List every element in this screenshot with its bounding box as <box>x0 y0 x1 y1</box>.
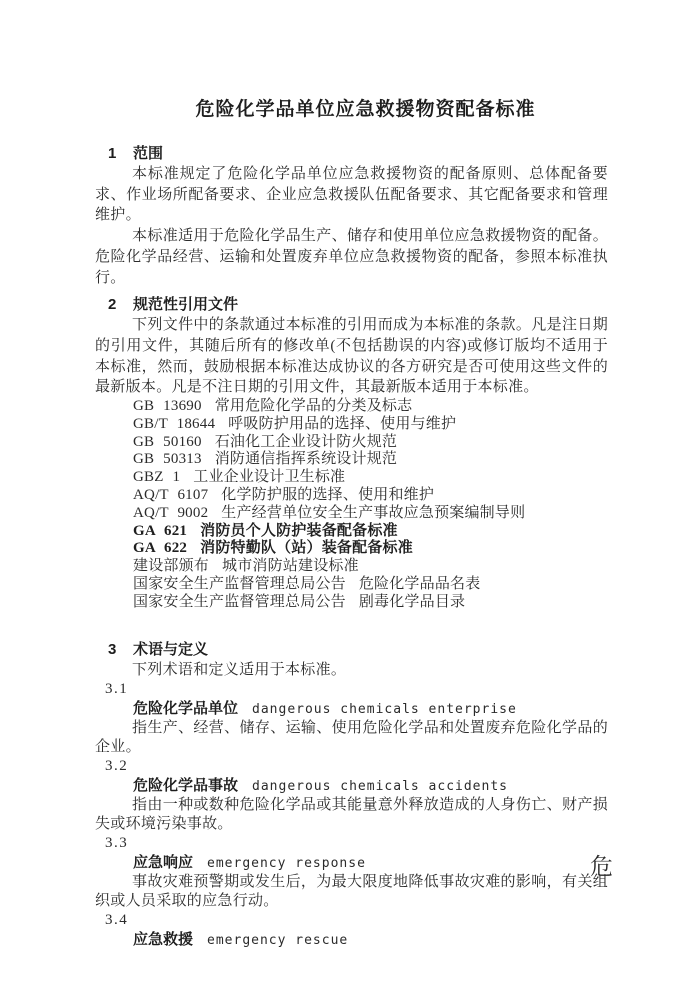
term-name-en: dangerous chemicals enterprise <box>252 702 517 717</box>
section-3-title: 术语与定义 <box>133 641 208 658</box>
stray-overflow-character: 危 <box>590 851 613 881</box>
reference-title: 危险化学品品名表 <box>359 576 481 592</box>
section-2-title: 规范性引用文件 <box>133 296 238 313</box>
section-1-title: 范围 <box>133 145 163 162</box>
section-3-number: 3 <box>108 639 118 660</box>
reference-item: 国家安全生产监督管理总局公告剧毒化学品目录 <box>133 594 608 612</box>
reference-item: GA 622消防特勤队（站）装备配备标准 <box>133 540 608 558</box>
section-1-paragraph-1: 本标准规定了危险化学品单位应急救援物资的配备原则、总体配备要求、作业场所配备要求… <box>95 164 608 226</box>
reference-title: 工业企业设计卫生标准 <box>193 469 345 485</box>
term-number: 3.3 <box>95 834 608 853</box>
reference-title: 消防特勤队（站）装备配备标准 <box>200 540 413 556</box>
reference-title: 常用危险化学品的分类及标志 <box>215 398 413 414</box>
reference-item: AQ/T 9002生产经营单位安全生产事故应急预案编制导则 <box>133 505 608 523</box>
reference-title: 城市消防站建设标准 <box>222 558 359 574</box>
section-3-intro: 下列术语和定义适用于本标准。 <box>95 660 608 681</box>
section-2-intro: 下列文件中的条款通过本标准的引用而成为本标准的条款。凡是注日期的引用文件，其随后… <box>95 315 608 398</box>
reference-code: GB 50160 <box>133 434 202 450</box>
reference-code: GA 622 <box>133 540 187 556</box>
reference-code: GB/T 18644 <box>133 416 215 432</box>
section-1-heading: 1范围 <box>95 143 608 164</box>
reference-code: GA 621 <box>133 523 187 539</box>
section-3-heading: 3术语与定义 <box>95 639 608 660</box>
term-heading: 应急救援emergency rescue <box>95 930 608 950</box>
term-definition: 指生产、经营、储存、运输、使用危险化学品和处置废弃危险化学品的企业。 <box>95 719 608 757</box>
reference-item: AQ/T 6107化学防护服的选择、使用和维护 <box>133 487 608 505</box>
reference-item: 国家安全生产监督管理总局公告危险化学品品名表 <box>133 576 608 594</box>
section-2-heading: 2规范性引用文件 <box>95 294 608 315</box>
term-name-zh: 危险化学品单位 <box>133 700 238 717</box>
term-number: 3.4 <box>95 911 608 930</box>
reference-title: 剧毒化学品目录 <box>359 594 465 610</box>
document-page: 危险化学品单位应急救援物资配备标准 1范围 本标准规定了危险化学品单位应急救援物… <box>0 0 700 989</box>
term-number: 3.2 <box>95 757 608 776</box>
terms-list: 3.1 危险化学品单位dangerous chemicals enterpris… <box>95 680 608 950</box>
term-name-zh: 危险化学品事故 <box>133 777 238 794</box>
section-1-paragraph-2: 本标准适用于危险化学品生产、储存和使用单位应急救援物资的配备。危险化学品经营、运… <box>95 226 608 288</box>
reference-code: GBZ 1 <box>133 469 180 485</box>
reference-title: 消防员个人防护装备配备标准 <box>200 523 398 539</box>
reference-title: 石油化工企业设计防火规范 <box>215 434 397 450</box>
term-number: 3.1 <box>95 680 608 699</box>
document-title: 危险化学品单位应急救援物资配备标准 <box>109 96 622 123</box>
term-definition: 指由一种或数种危险化学品或其能量意外释放造成的人身伤亡、财产损失或环境污染事故。 <box>95 796 608 834</box>
reference-title: 呼吸防护用品的选择、使用与维护 <box>228 416 456 432</box>
section-2-number: 2 <box>108 294 118 315</box>
section-1-number: 1 <box>108 143 118 164</box>
term-name-en: emergency response <box>207 856 366 871</box>
reference-item: GB 13690常用危险化学品的分类及标志 <box>133 398 608 416</box>
reference-item: GA 621消防员个人防护装备配备标准 <box>133 523 608 541</box>
term-name-zh: 应急响应 <box>133 854 193 871</box>
term-heading: 危险化学品事故dangerous chemicals accidents <box>95 776 608 796</box>
reference-code: GB 13690 <box>133 398 202 414</box>
term-name-zh: 应急救援 <box>133 931 193 948</box>
term-definition: 事故灾难预警期或发生后，为最大限度地降低事故灾难的影响，有关组织或人员采取的应急… <box>95 873 608 911</box>
reference-list: GB 13690常用危险化学品的分类及标志 GB/T 18644呼吸防护用品的选… <box>95 398 608 612</box>
reference-code: AQ/T 6107 <box>133 487 208 503</box>
reference-code: 国家安全生产监督管理总局公告 <box>133 594 346 610</box>
reference-title: 生产经营单位安全生产事故应急预案编制导则 <box>221 505 525 521</box>
reference-item: GBZ 1工业企业设计卫生标准 <box>133 469 608 487</box>
term-heading: 危险化学品单位dangerous chemicals enterprise <box>95 699 608 719</box>
term-name-en: emergency rescue <box>207 933 348 948</box>
reference-item: GB 50160石油化工企业设计防火规范 <box>133 434 608 452</box>
reference-code: 建设部颁布 <box>133 558 209 574</box>
reference-title: 化学防护服的选择、使用和维护 <box>221 487 434 503</box>
reference-code: AQ/T 9002 <box>133 505 208 521</box>
reference-title: 消防通信指挥系统设计规范 <box>215 451 397 467</box>
reference-code: 国家安全生产监督管理总局公告 <box>133 576 346 592</box>
reference-item: GB/T 18644呼吸防护用品的选择、使用与维护 <box>133 416 608 434</box>
reference-code: GB 50313 <box>133 451 202 467</box>
term-heading: 应急响应emergency response <box>95 853 608 873</box>
reference-item: 建设部颁布城市消防站建设标准 <box>133 558 608 576</box>
document-content: 危险化学品单位应急救援物资配备标准 1范围 本标准规定了危险化学品单位应急救援物… <box>95 96 608 950</box>
term-name-en: dangerous chemicals accidents <box>252 779 508 794</box>
reference-item: GB 50313消防通信指挥系统设计规范 <box>133 451 608 469</box>
